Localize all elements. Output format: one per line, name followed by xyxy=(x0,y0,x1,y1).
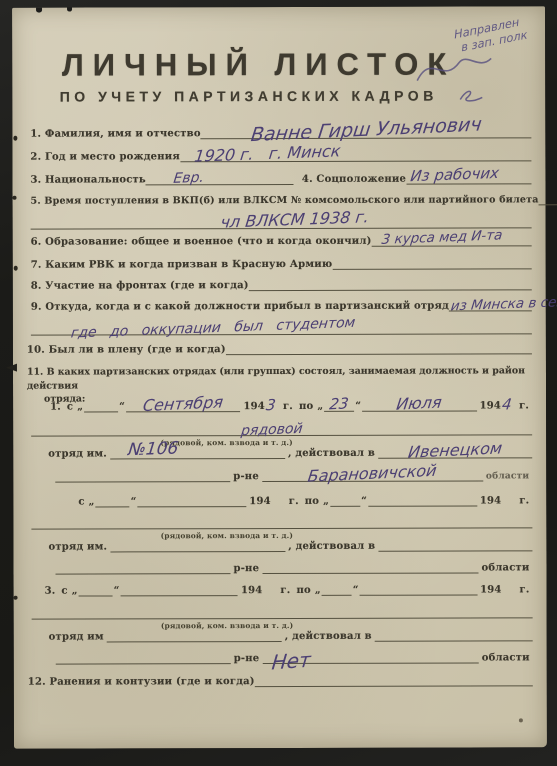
record-2-district-row: р-не области xyxy=(31,555,532,574)
field-wounds-row: 12. Ранения и контузии (где и когда) xyxy=(28,668,533,687)
field-party-label: 5. Время поступления в ВКП(б) или ВЛКСМ … xyxy=(31,194,539,206)
field-nationality-line: Евр. xyxy=(146,167,294,185)
printed-g: г. xyxy=(280,585,290,596)
printed-g: г. xyxy=(519,495,529,506)
record-3-from-month-line xyxy=(121,578,238,596)
field-captivity-label: 10. Был ли в плену (где и когда) xyxy=(27,344,226,356)
record-2-unit-line xyxy=(110,534,285,552)
field-captivity-line xyxy=(226,336,532,355)
field-nationality-value: Евр. xyxy=(173,170,205,187)
record-1-from-year-line: 3 xyxy=(268,394,280,412)
record-1-from-month-line: Сентября xyxy=(126,394,240,412)
printed-close-quote: “ xyxy=(361,496,367,507)
paper-notch xyxy=(36,8,42,13)
field-birth-label: 2. Год и место рождения xyxy=(30,151,180,162)
field-social-line: Из рабочих xyxy=(406,166,531,184)
field-party-value-row: чл ВЛКСМ 1938 г. xyxy=(31,210,532,229)
record-3-blank-line xyxy=(56,646,231,664)
record-1-acted-line: Ивенецком xyxy=(378,440,532,458)
units-intro-line1: 11. В каких партизанских отрядах (или гр… xyxy=(27,365,525,391)
record-1-to-year-line: 4 xyxy=(504,393,516,411)
paper-notch xyxy=(67,8,72,12)
printed-s: с xyxy=(67,402,73,413)
printed-s: с xyxy=(78,497,84,508)
printed-s: с xyxy=(61,586,67,597)
record-3-unit-line xyxy=(107,624,282,642)
record-3-from-year-line xyxy=(265,578,277,596)
printed-close-quote: “ xyxy=(131,496,137,507)
record-1-rank-row: рядовой (рядовой, ком. взвода и т. д.) xyxy=(31,421,532,436)
field-arrival-row: 9. Откуда, когда и с какой должности при… xyxy=(31,293,532,312)
printed-g: г. xyxy=(519,400,529,411)
record-1-acted-in: Ивенецком xyxy=(407,438,503,461)
printed-acted-label: , действовал в xyxy=(288,448,375,459)
paper-speck xyxy=(13,136,17,141)
record-1-rank: рядовой xyxy=(241,421,304,439)
field-social-label: 4. Соцположение xyxy=(302,174,406,185)
margin-arrow-mark xyxy=(6,364,17,372)
record-1-blank-line xyxy=(55,464,230,482)
record-1-to-month: Июля xyxy=(396,393,444,414)
field-party-label-row: 5. Время поступления в ВКП(б) или ВЛКСМ … xyxy=(31,187,532,206)
field-education-value: 3 курса мед И-та xyxy=(381,227,504,248)
paper-speck xyxy=(14,266,18,271)
printed-oblast-label: области xyxy=(482,652,530,663)
ink-flourish xyxy=(413,50,493,86)
printed-po: по xyxy=(296,585,310,596)
printed-acted-label: , действовал в xyxy=(285,631,372,642)
field-education-line: 3 курса мед И-та xyxy=(371,228,531,246)
printed-open-quote: „ xyxy=(323,496,329,507)
printed-unit-label: отряд им. xyxy=(48,448,107,459)
field-rvk-label: 7. Каким РВК и когда призван в Красную А… xyxy=(31,259,333,271)
record-2-from-month-line xyxy=(137,489,246,507)
record-1-from-day-line xyxy=(84,394,118,412)
printed-open-quote: „ xyxy=(77,402,83,413)
document-page: ЛИЧНЫЙ ЛИСТОК ПО УЧЕТУ ПАРТИЗАНСКИХ КАДР… xyxy=(12,6,547,748)
printed-g: г. xyxy=(289,496,299,507)
record-1-to-month-line: Июля xyxy=(362,393,476,411)
page-subtitle: ПО УЧЕТУ ПАРТИЗАНСКИХ КАДРОВ xyxy=(12,87,485,104)
printed-194: 194 xyxy=(243,401,265,412)
field-fronts-line xyxy=(249,272,532,291)
record-2-blank-line xyxy=(55,556,230,574)
record-2-to-day-line xyxy=(330,489,360,507)
record-2-district-line xyxy=(262,555,478,574)
record-1-to-day-line: 23 xyxy=(324,394,354,412)
printed-district-label: р-не xyxy=(233,563,259,574)
record-2-to-month-line xyxy=(368,488,477,506)
field-arrival-value: из Минска в сент 43 г. xyxy=(450,292,557,314)
printed-g: г. xyxy=(520,584,530,595)
record-2-from-year-line xyxy=(274,489,286,507)
record-1-unit-line: №106 xyxy=(110,441,285,459)
record-1-rank-line: рядовой xyxy=(31,420,532,436)
printed-close-quote: “ xyxy=(353,585,359,596)
record-1-number: 1. xyxy=(50,402,61,413)
printed-oblast-label: области xyxy=(486,471,529,481)
record-2-acted-line xyxy=(378,533,532,551)
field-education-row: 6. Образование: общее и военное (что и к… xyxy=(31,228,532,247)
record-1-to-year: 4 xyxy=(501,395,513,413)
field-nationality-label: 3. Национальность xyxy=(30,174,145,185)
printed-194: 194 xyxy=(480,495,502,506)
record-3-to-month-line xyxy=(360,577,477,595)
field-captivity-row: 10. Был ли в плену (где и когда) xyxy=(27,336,532,355)
field-rvk-row: 7. Каким РВК и когда призван в Красную А… xyxy=(31,251,532,270)
record-1-unit: №106 xyxy=(127,438,180,460)
record-2-to-year-line xyxy=(504,488,516,506)
ink-curl xyxy=(458,86,484,104)
field-name-value: Ванне Гирш Ульянович xyxy=(249,113,482,146)
field-fronts-label: 8. Участие на фронтах (где и когда) xyxy=(31,280,249,292)
record-2-unit-row: отряд им. , действовал в xyxy=(31,533,532,552)
printed-po: по xyxy=(305,496,319,507)
record-1-unit-row: отряд им. №106 , действовал в Ивенецком xyxy=(31,440,532,459)
record-3-unit-row: отряд им , действовал в xyxy=(32,623,533,642)
field-arrival-label: 9. Откуда, когда и с какой должности при… xyxy=(31,301,449,313)
record-3-from-day-line xyxy=(79,578,113,596)
record-2-rank-line xyxy=(31,513,532,529)
printed-close-quote: “ xyxy=(119,401,125,412)
record-2-dates-row: с „ “ 194 г. по „ “ 194 г. xyxy=(31,488,532,507)
field-birth-row: 2. Год и место рождения 1920 г. г. Минск xyxy=(30,143,531,162)
printed-194: 194 xyxy=(241,585,263,596)
printed-district-label: р-не xyxy=(234,653,260,664)
printed-po: по xyxy=(299,401,313,412)
record-1-district-line: Барановичской xyxy=(262,463,483,482)
record-3-number: 3. xyxy=(45,586,56,597)
printed-194: 194 xyxy=(249,496,271,507)
paper-speck xyxy=(519,718,523,722)
paper-speck xyxy=(13,196,17,200)
printed-194: 194 xyxy=(480,400,502,411)
record-1-district: Барановичской xyxy=(307,461,438,486)
record-3-to-year-line xyxy=(505,577,517,595)
printed-close-quote: “ xyxy=(355,401,361,412)
field-nationality-row: 3. Национальность Евр. 4. Соцположение И… xyxy=(30,166,531,185)
field-wounds-label: 12. Ранения и контузии (где и когда) xyxy=(28,676,255,688)
record-1-from-month: Сентября xyxy=(142,392,224,415)
field-party-line: чл ВЛКСМ 1938 г. xyxy=(31,210,532,229)
printed-unit-label-alt: отряд им xyxy=(49,631,104,642)
field-arrival-line: из Минска в сент 43 г. xyxy=(449,293,532,311)
record-1-dates-row: 1. с „ “ Сентября 194 3 г. по „ 23 “ Июл… xyxy=(31,393,532,412)
printed-open-quote: „ xyxy=(315,585,321,596)
printed-open-quote: „ xyxy=(89,496,95,507)
printed-close-quote: “ xyxy=(114,585,120,596)
field-wounds-line xyxy=(255,668,533,687)
printed-open-quote: „ xyxy=(317,401,323,412)
printed-194: 194 xyxy=(480,584,502,595)
paper-speck xyxy=(14,596,18,600)
record-1-from-year: 3 xyxy=(265,396,277,414)
field-social-value: Из рабочих xyxy=(409,164,500,185)
printed-open-quote: „ xyxy=(72,586,78,597)
record-2-rank-row: (рядовой, ком. взвода и т. д.) xyxy=(31,514,532,529)
field-arrival-line2: где до оккупации был студентом xyxy=(31,316,532,335)
record-3-dates-row: 3. с „ “ 194 г. по „ “ 194 г. xyxy=(32,577,533,596)
printed-district-label: р-не xyxy=(233,471,259,482)
printed-unit-label: отряд им. xyxy=(48,541,107,552)
field-name-label: 1. Фамилия, имя и отчество xyxy=(30,128,200,139)
field-arrival-row2: где до оккупации был студентом xyxy=(31,316,532,335)
record-3-rank-row: (рядовой, ком. взвода и т. д.) xyxy=(32,604,533,619)
record-1-district-row: р-не Барановичской области xyxy=(31,463,532,482)
record-3-rank-line xyxy=(32,603,533,619)
field-education-label: 6. Образование: общее и военное (что и к… xyxy=(31,236,372,248)
record-1-to-day: 23 xyxy=(329,394,350,413)
field-birth-value: 1920 г. г. Минск xyxy=(193,141,341,166)
field-birth-line: 1920 г. г. Минск xyxy=(180,143,531,162)
record-3-acted-line xyxy=(375,623,533,641)
field-name-row: 1. Фамилия, имя и отчество Ванне Гирш Ул… xyxy=(30,120,531,139)
record-3-to-day-line xyxy=(322,578,352,596)
record-2-from-day-line xyxy=(96,489,130,507)
printed-oblast-label: области xyxy=(482,562,530,573)
field-name-line: Ванне Гирш Ульянович xyxy=(201,120,532,139)
printed-g: г. xyxy=(283,401,293,412)
printed-acted-label: , действовал в xyxy=(288,541,375,552)
field-party-dash-line xyxy=(539,187,557,205)
field-fronts-row: 8. Участие на фронтах (где и когда) xyxy=(31,272,532,291)
field-rvk-line xyxy=(332,251,531,270)
